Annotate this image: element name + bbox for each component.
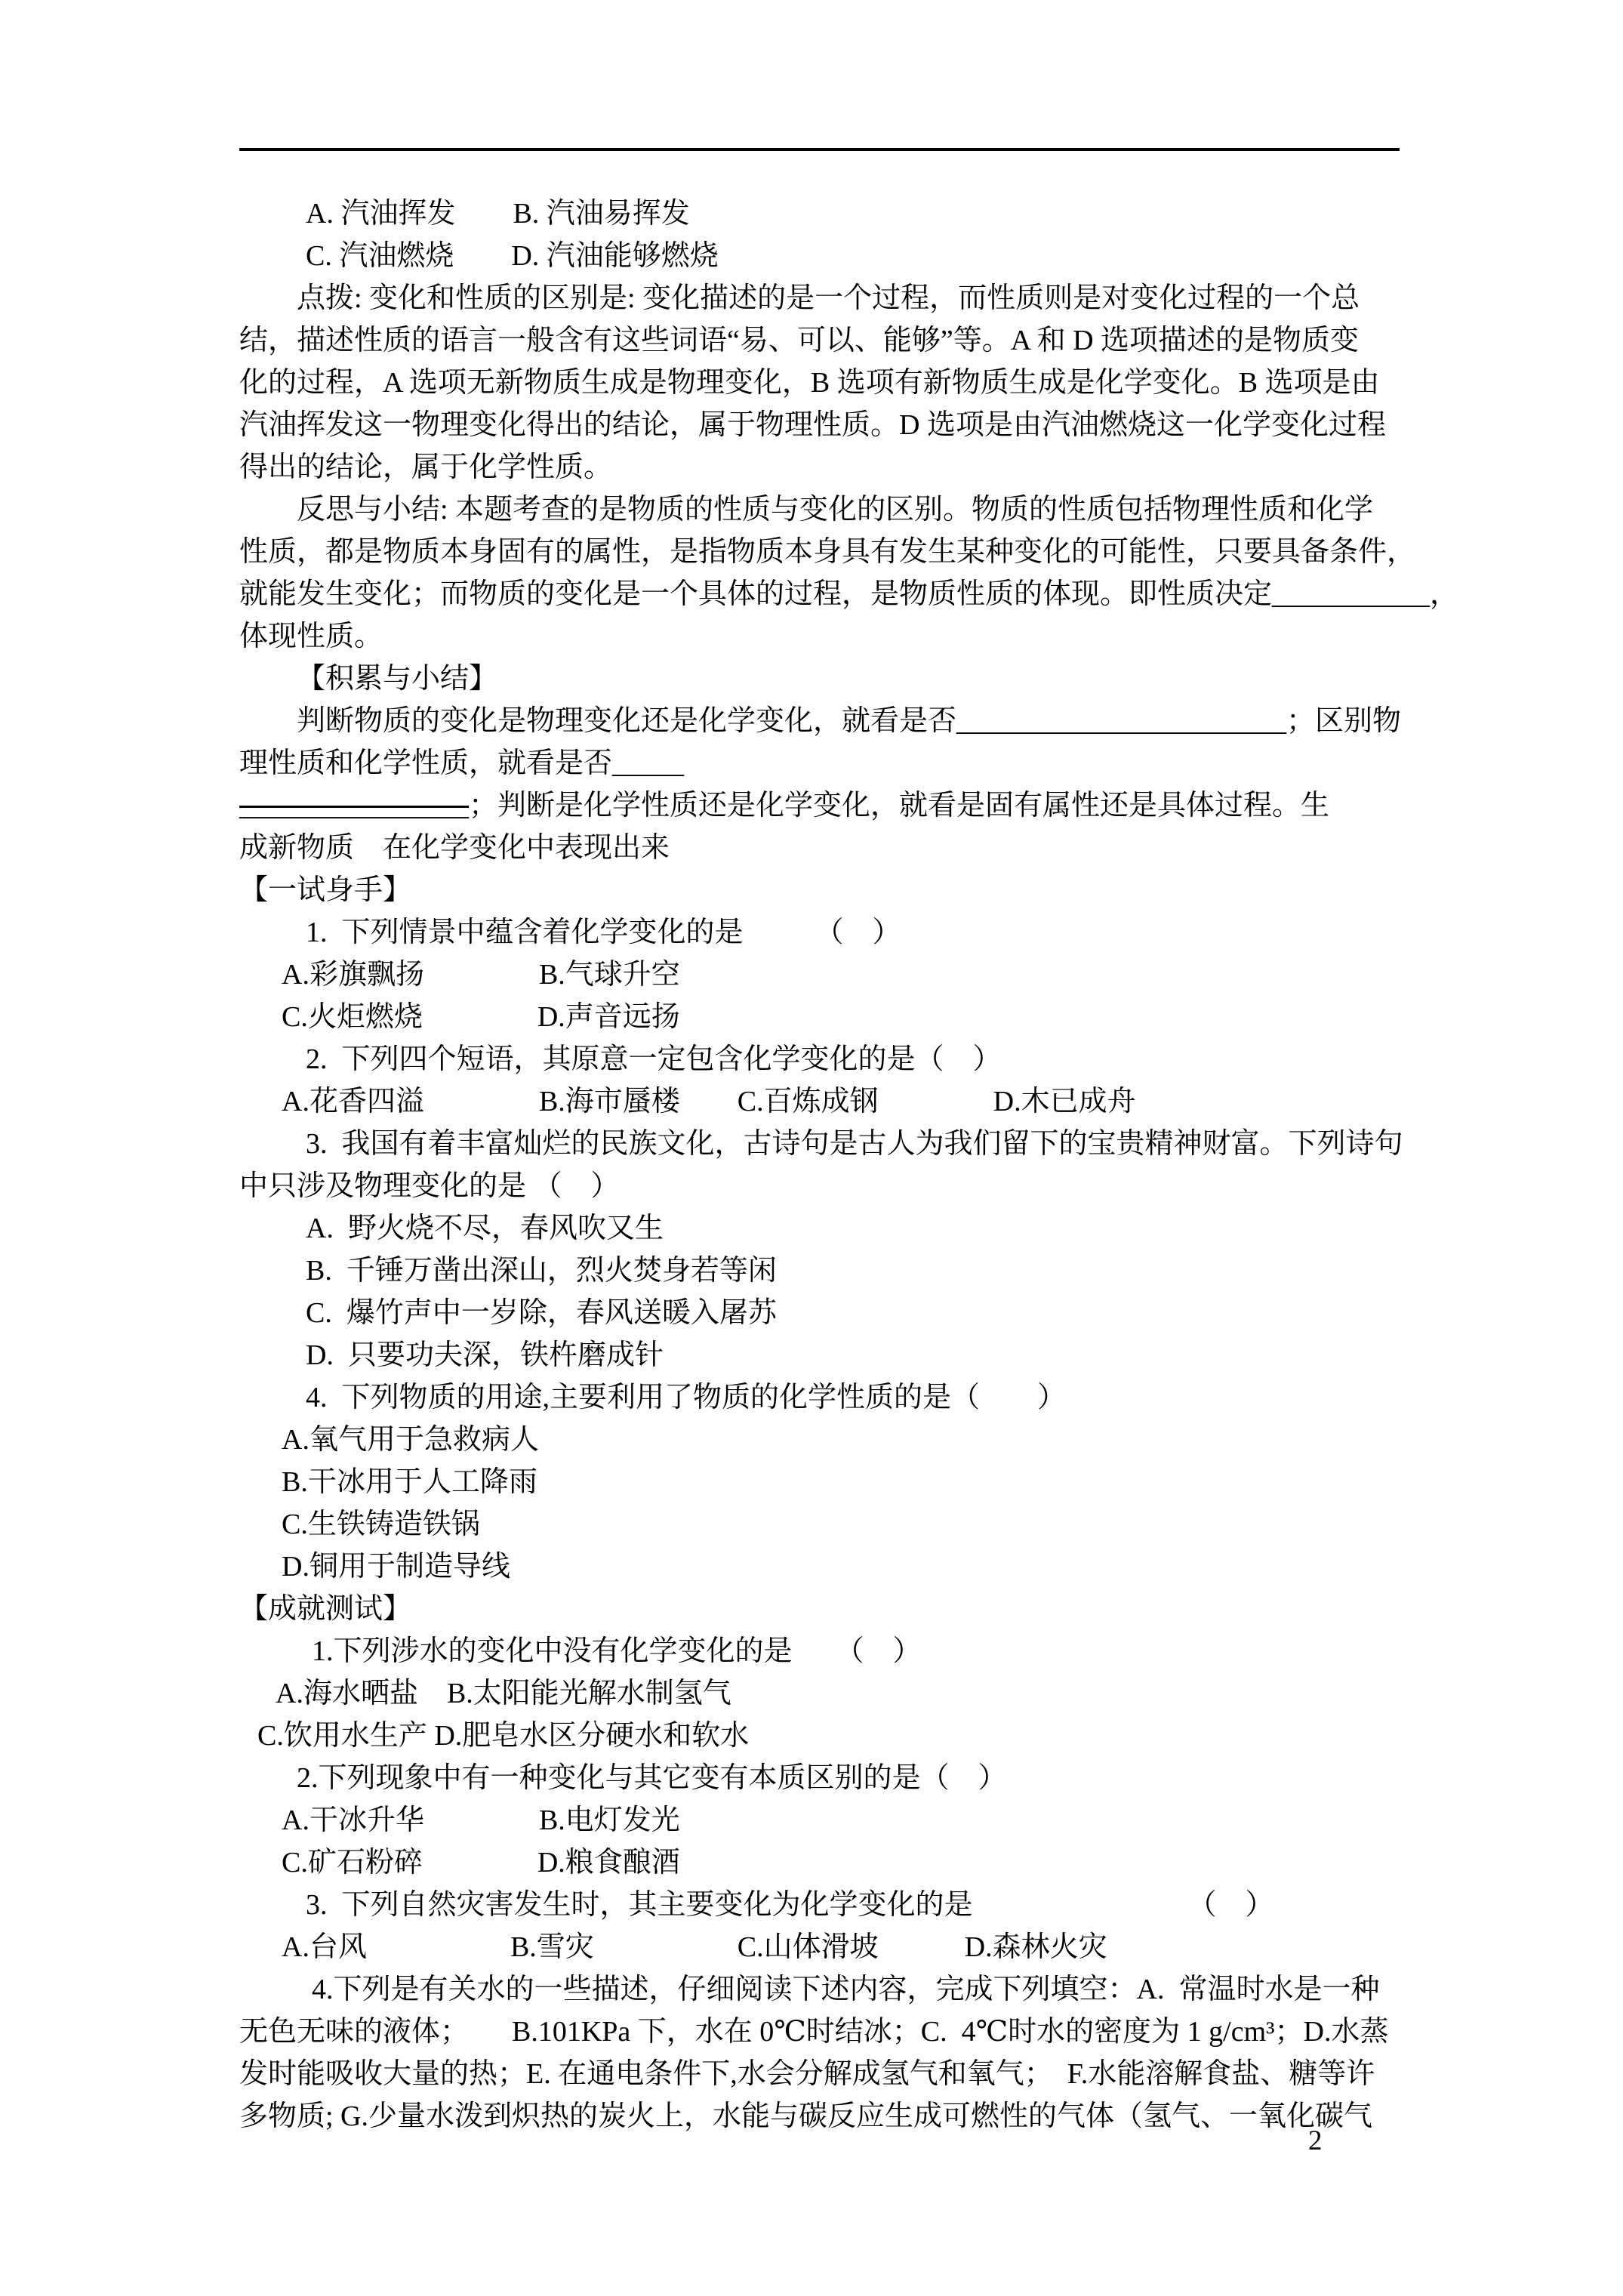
text-run: 结，描述性质的语言一般含有这些词语“易、可以、能够”等。A 和 D 选项描述的是… [239, 325, 1359, 356]
text-line: 体现性质。 [239, 615, 1432, 658]
text-run: 【成就测试】 [239, 1593, 411, 1625]
text-body: A. 汽油挥发 B. 汽油易挥发C. 汽油燃烧 D. 汽油能够燃烧点拨: 变化和… [239, 193, 1432, 2137]
text-line: 结，描述性质的语言一般含有这些词语“易、可以、能够”等。A 和 D 选项描述的是… [239, 319, 1432, 362]
text-line: 1. 下列情景中蕴含着化学变化的是 （ ） [239, 911, 1432, 954]
text-run: B.干冰用于人工降雨 [282, 1466, 537, 1498]
text-run: C.生铁铸造铁锅 [282, 1509, 480, 1540]
text-run: 2.下列现象中有一种变化与其它变有本质区别的是（ ） [297, 1762, 1007, 1794]
text-run: C.火炬燃烧 D.声音远扬 [282, 1001, 680, 1033]
page-number: 2 [1308, 2123, 1323, 2159]
text-line: B.干冰用于人工降雨 [239, 1461, 1432, 1503]
text-line: C. 爆竹声中一岁除，春风送暖入屠苏 [239, 1292, 1432, 1334]
text-run: C. 爆竹声中一岁除，春风送暖入屠苏 [306, 1297, 777, 1329]
text-line: 多物质; G.少量水泼到炽热的炭火上，水能与碳反应生成可燃性的气体（氢气、一氧化… [239, 2095, 1432, 2137]
text-line: 反思与小结: 本题考查的是物质的性质与变化的区别。物质的性质包括物理性质和化学 [239, 488, 1432, 531]
text-run: 性质，都是物质本身固有的属性，是指物质本身具有发生某种变化的可能性，只要具备条件… [239, 536, 1415, 568]
text-line: A. 野火烧不尽，春风吹又生 [239, 1207, 1432, 1250]
text-run: A.氧气用于急救病人 [282, 1424, 539, 1456]
text-run: 理性质和化学性质，就看是否_____ [239, 747, 684, 779]
text-run: 4. 下列物质的用途,主要利用了物质的化学性质的是（ ） [306, 1382, 1066, 1413]
text-line: A. 汽油挥发 B. 汽油易挥发 [239, 193, 1432, 235]
text-line: 2.下列现象中有一种变化与其它变有本质区别的是（ ） [239, 1757, 1432, 1799]
text-line: 汽油挥发这一物理变化得出的结论，属于物理性质。D 选项是由汽油燃烧这一化学变化过… [239, 404, 1432, 446]
text-line: 成新物质 在化学变化中表现出来 [239, 827, 1432, 869]
text-line: 性质，都是物质本身固有的属性，是指物质本身具有发生某种变化的可能性，只要具备条件… [239, 531, 1432, 573]
text-run: 点拨: 变化和性质的区别是: 变化描述的是一个过程，而性质则是对变化过程的一个总 [297, 282, 1360, 314]
text-line: 判断物质的变化是物理变化还是化学变化，就看是否_________________… [239, 700, 1432, 742]
text-line: C. 汽油燃烧 D. 汽油能够燃烧 [239, 235, 1432, 277]
text-line: 1.下列涉水的变化中没有化学变化的是 （ ） [239, 1630, 1432, 1672]
text-run: A.海水晒盐 B.太阳能光解水制氢气 [276, 1678, 731, 1709]
text-run: 1.下列涉水的变化中没有化学变化的是 （ ） [312, 1635, 922, 1667]
text-line: A.海水晒盐 B.太阳能光解水制氢气 [239, 1672, 1432, 1715]
text-line: 3. 我国有着丰富灿烂的民族文化，古诗句是古人为我们留下的宝贵精神财富。下列诗句 [239, 1123, 1432, 1165]
text-run: D. 只要功夫深，铁杵磨成针 [306, 1339, 664, 1371]
text-run: 汽油挥发这一物理变化得出的结论，属于物理性质。D 选项是由汽油燃烧这一化学变化过… [239, 409, 1386, 441]
text-run: 发时能吸收大量的热；E. 在通电条件下,水会分解成氢气和氧气； F.水能溶解食盐… [239, 2058, 1375, 2090]
text-line: 得出的结论，属于化学性质。 [239, 446, 1432, 488]
text-line: A.干冰升华 B.电灯发光 [239, 1799, 1432, 1841]
text-run: C.矿石粉碎 D.粮食酿酒 [282, 1847, 680, 1878]
text-line: A.台风 B.雪灾 C.山体滑坡 D.森林火灾 [239, 1926, 1432, 1968]
text-run: C. 汽油燃烧 D. 汽油能够燃烧 [306, 240, 719, 272]
text-run: 成新物质 在化学变化中表现出来 [239, 832, 670, 864]
text-line: 理性质和化学性质，就看是否_____ [239, 742, 1432, 784]
text-run: 3. 下列自然灾害发生时，其主要变化为化学变化的是 （ ） [306, 1889, 1274, 1921]
text-run: 就能发生变化；而物质的变化是一个具体的过程，是物质性质的体现。即性质决定____… [239, 578, 1458, 610]
text-run: 2. 下列四个短语，其原意一定包含化学变化的是（ ） [306, 1043, 1002, 1075]
text-run: B. 千锤万凿出深山，烈火焚身若等闲 [306, 1255, 777, 1287]
text-run: 1. 下列情景中蕴含着化学变化的是 （ ） [306, 917, 901, 948]
text-line: B. 千锤万凿出深山，烈火焚身若等闲 [239, 1250, 1432, 1292]
text-run: 反思与小结: 本题考查的是物质的性质与变化的区别。物质的性质包括物理性质和化学 [297, 494, 1373, 525]
fill-in-blank-struck: ________________ [239, 790, 469, 821]
text-line: A.彩旗飘扬 B.气球升空 [239, 954, 1432, 996]
text-run: 【一试身手】 [239, 874, 411, 906]
text-line: D. 只要功夫深，铁杵磨成针 [239, 1334, 1432, 1376]
text-run: A. 野火烧不尽，春风吹又生 [306, 1213, 664, 1244]
text-run: D.铜用于制造导线 [282, 1551, 510, 1583]
text-run: A.干冰升华 B.电灯发光 [282, 1804, 680, 1836]
text-line: 3. 下列自然灾害发生时，其主要变化为化学变化的是 （ ） [239, 1884, 1432, 1926]
text-line: C.火炬燃烧 D.声音远扬 [239, 996, 1432, 1038]
text-run: ；判断是化学性质还是化学变化，就看是固有属性还是具体过程。生 [469, 790, 1329, 821]
text-run: C.饮用水生产 D.肥皂水区分硬水和软水 [257, 1720, 749, 1752]
text-line: A.花香四溢 B.海市蜃楼 C.百炼成钢 D.木已成舟 [239, 1080, 1432, 1123]
text-line: 4. 下列物质的用途,主要利用了物质的化学性质的是（ ） [239, 1376, 1432, 1419]
text-run: 中只涉及物理变化的是 （ ） [239, 1170, 620, 1202]
text-line: 【成就测试】 [239, 1588, 1432, 1630]
text-line: C.生铁铸造铁锅 [239, 1503, 1432, 1546]
text-line: 无色无味的液体； B.101KPa 下，水在 0℃时结冰；C. 4℃时水的密度为… [239, 2011, 1432, 2053]
text-run: 体现性质。 [239, 621, 383, 652]
text-run: 无色无味的液体； B.101KPa 下，水在 0℃时结冰；C. 4℃时水的密度为… [239, 2016, 1388, 2048]
text-line: 点拨: 变化和性质的区别是: 变化描述的是一个过程，而性质则是对变化过程的一个总 [239, 277, 1432, 319]
text-run: 得出的结论，属于化学性质。 [239, 451, 612, 483]
text-run: A.彩旗飘扬 B.气球升空 [282, 959, 680, 991]
text-line: C.矿石粉碎 D.粮食酿酒 [239, 1841, 1432, 1884]
text-run: 【积累与小结】 [297, 663, 497, 695]
text-run: 化的过程，A 选项无新物质生成是物理变化，B 选项有新物质生成是化学变化。B 选… [239, 367, 1380, 399]
text-line: C.饮用水生产 D.肥皂水区分硬水和软水 [239, 1715, 1432, 1757]
text-run: A.花香四溢 B.海市蜃楼 C.百炼成钢 D.木已成舟 [282, 1086, 1136, 1117]
text-run: 3. 我国有着丰富灿烂的民族文化，古诗句是古人为我们留下的宝贵精神财富。下列诗句 [306, 1128, 1403, 1160]
text-line: 【一试身手】 [239, 869, 1432, 911]
text-run: A.台风 B.雪灾 C.山体滑坡 D.森林火灾 [282, 1931, 1107, 1963]
text-run: 4.下列是有关水的一些描述，仔细阅读下述内容，完成下列填空：A. 常温时水是一种 [312, 1974, 1379, 2005]
text-line: 中只涉及物理变化的是 （ ） [239, 1165, 1432, 1207]
text-run: 多物质; G.少量水泼到炽热的炭火上，水能与碳反应生成可燃性的气体（氢气、一氧化… [239, 2100, 1372, 2132]
text-line: D.铜用于制造导线 [239, 1546, 1432, 1588]
text-line: ________________；判断是化学性质还是化学变化，就看是固有属性还是… [239, 784, 1432, 827]
header-rule [239, 148, 1400, 151]
text-line: 化的过程，A 选项无新物质生成是物理变化，B 选项有新物质生成是化学变化。B 选… [239, 362, 1432, 404]
text-line: 2. 下列四个短语，其原意一定包含化学变化的是（ ） [239, 1038, 1432, 1080]
text-run: A. 汽油挥发 B. 汽油易挥发 [306, 198, 690, 230]
text-run: 判断物质的变化是物理变化还是化学变化，就看是否_________________… [297, 705, 1401, 737]
text-line: A.氧气用于急救病人 [239, 1419, 1432, 1461]
text-line: 4.下列是有关水的一些描述，仔细阅读下述内容，完成下列填空：A. 常温时水是一种 [239, 1968, 1432, 2011]
text-line: 发时能吸收大量的热；E. 在通电条件下,水会分解成氢气和氧气； F.水能溶解食盐… [239, 2053, 1432, 2095]
worksheet-page: A. 汽油挥发 B. 汽油易挥发C. 汽油燃烧 D. 汽油能够燃烧点拨: 变化和… [0, 0, 1623, 2296]
text-line: 【积累与小结】 [239, 658, 1432, 700]
text-line: 就能发生变化；而物质的变化是一个具体的过程，是物质性质的体现。即性质决定____… [239, 573, 1432, 615]
